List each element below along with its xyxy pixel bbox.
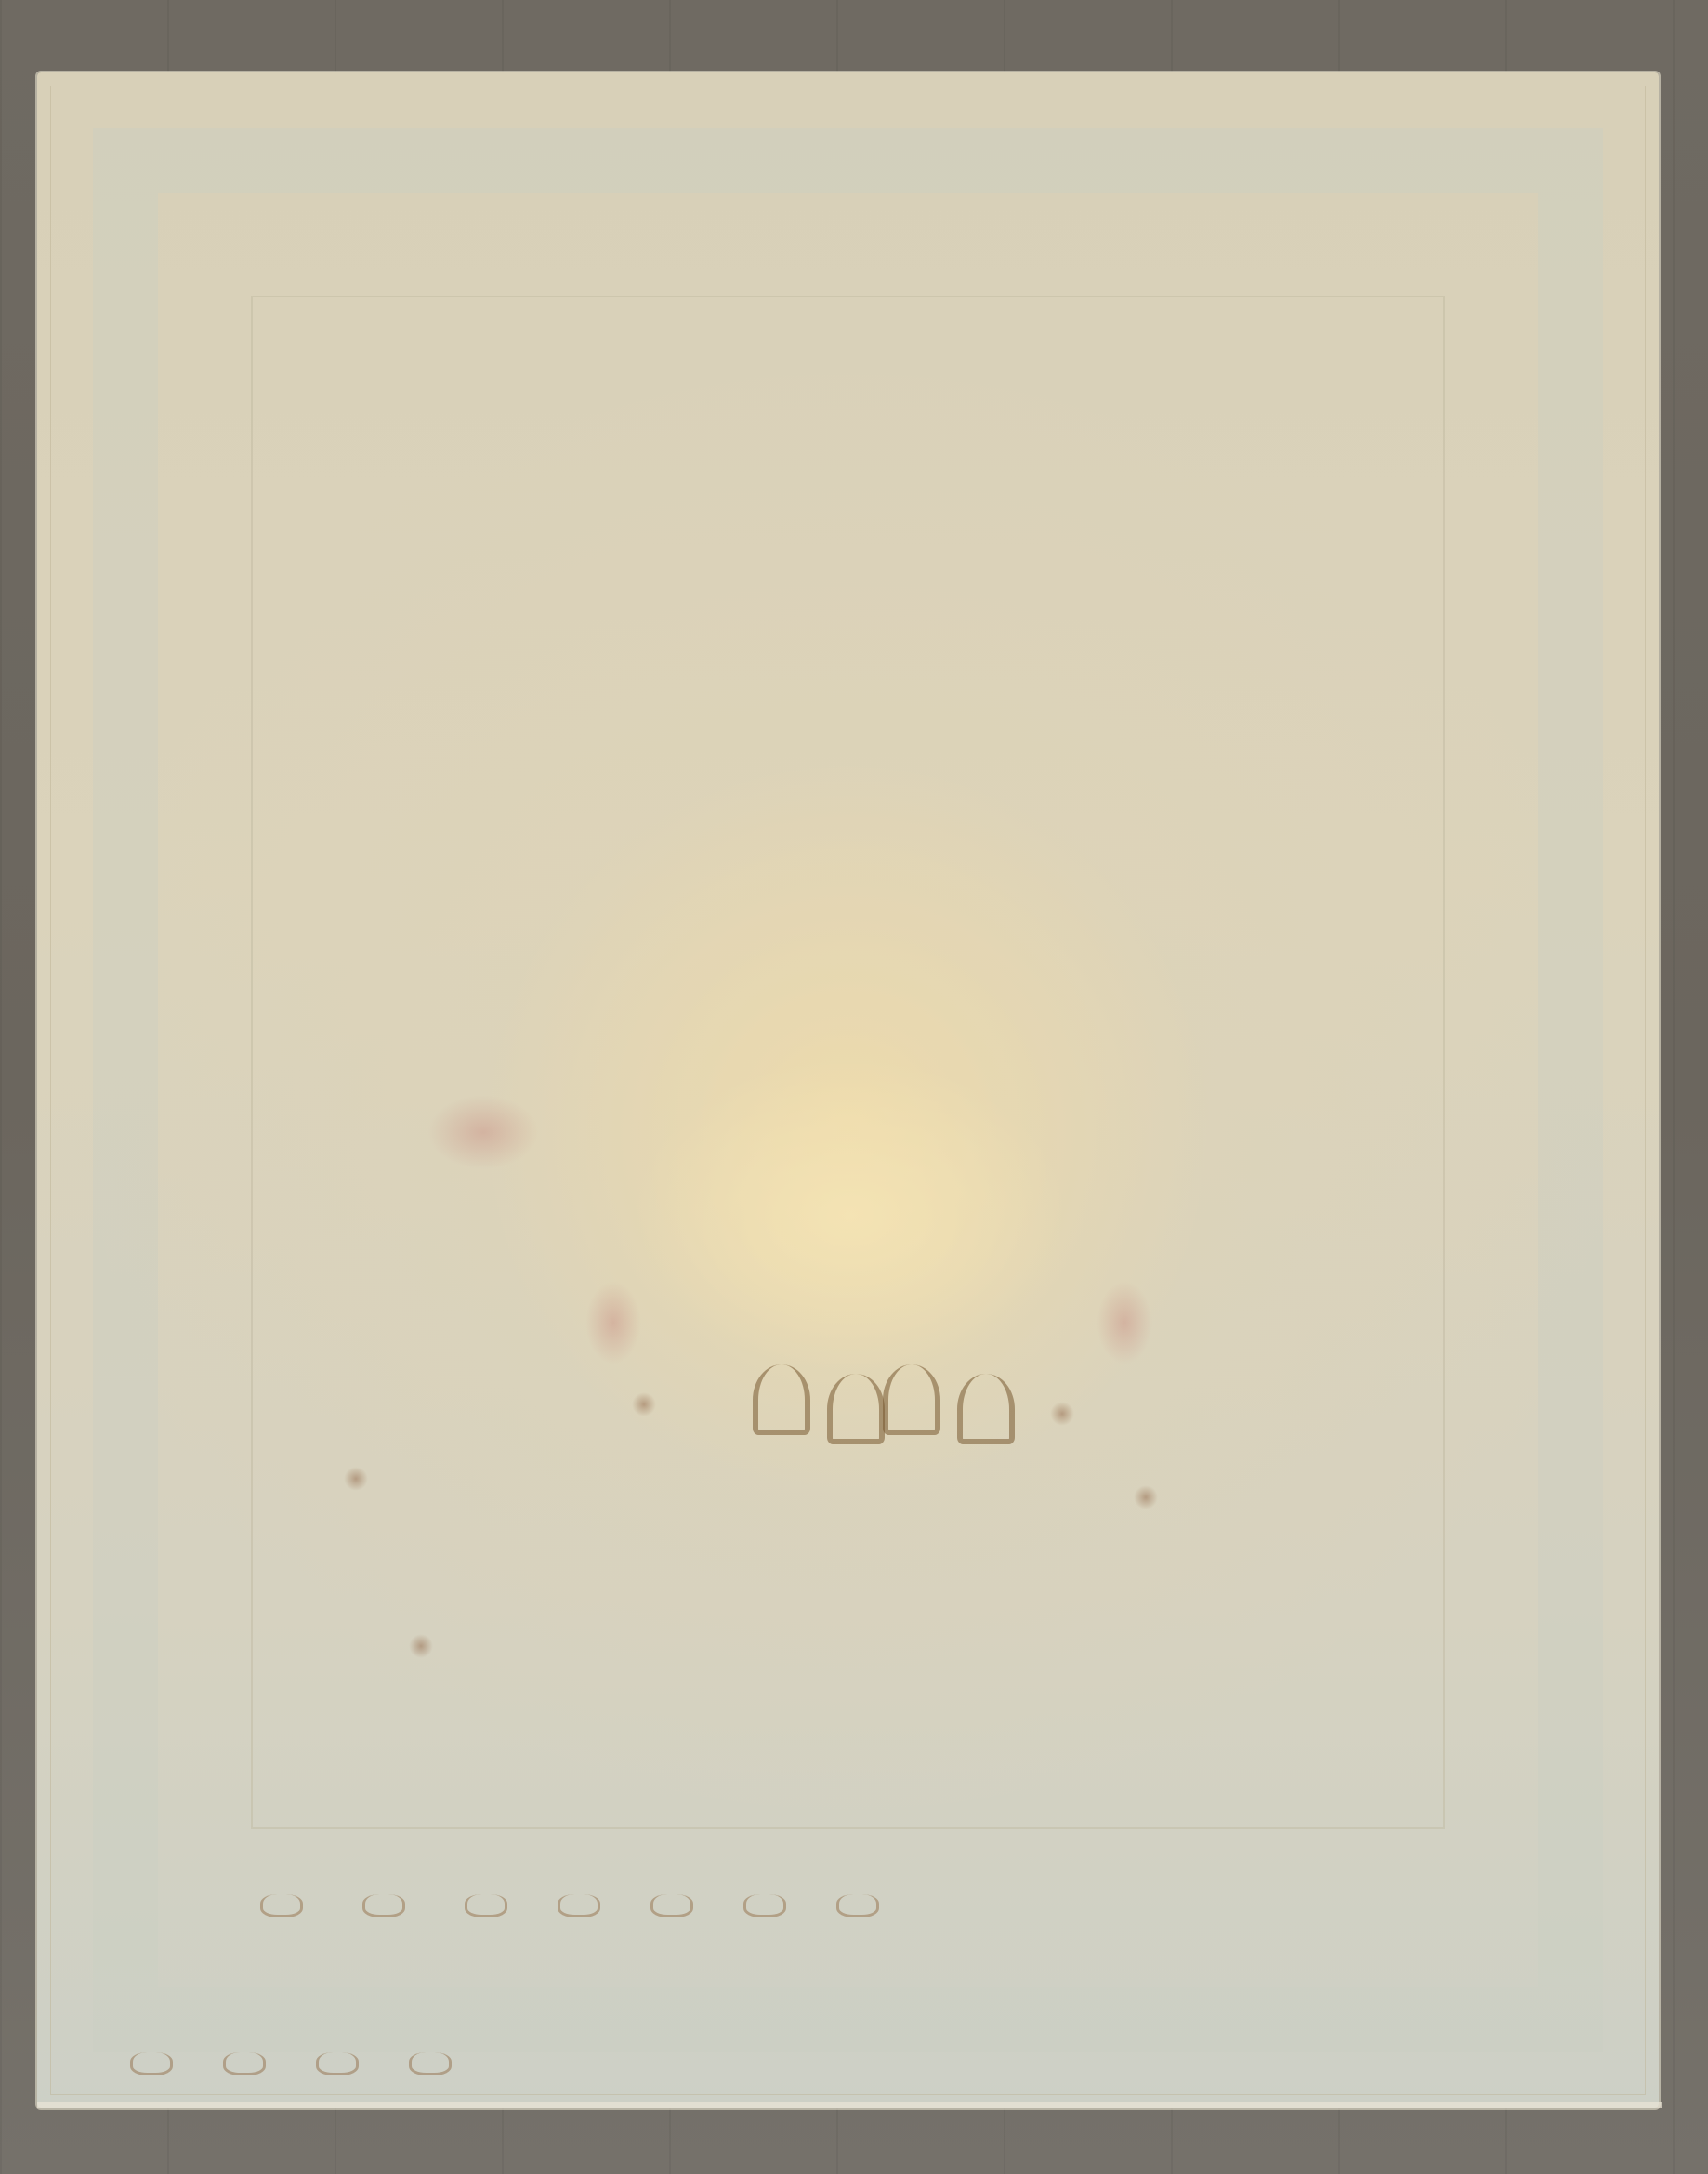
border-motif (558, 1894, 600, 1917)
central-motif (753, 1364, 810, 1435)
flower-motif (344, 1467, 368, 1491)
flower-motif (1050, 1402, 1074, 1426)
border-motif (836, 1894, 879, 1917)
flower-motif (1134, 1485, 1158, 1509)
floral-motif (427, 1095, 539, 1169)
rug-bottom-edge (37, 2102, 1662, 2108)
floral-motif (1097, 1281, 1152, 1364)
flower-motif (409, 1634, 433, 1658)
border-motif (223, 2052, 266, 2075)
border-motif (743, 1894, 786, 1917)
border-motif (130, 2052, 173, 2075)
border-motif (260, 1894, 303, 1917)
central-motif (883, 1364, 940, 1435)
flower-motif (632, 1392, 656, 1416)
floral-motif (585, 1281, 641, 1364)
border-motif (409, 2052, 452, 2075)
rug (37, 72, 1659, 2108)
central-motif (827, 1374, 885, 1444)
border-motif (362, 1894, 405, 1917)
border-motif (465, 1894, 507, 1917)
border-motif (650, 1894, 693, 1917)
border-motif (316, 2052, 359, 2075)
central-motif (957, 1374, 1015, 1444)
central-medallion (632, 1058, 1069, 1374)
